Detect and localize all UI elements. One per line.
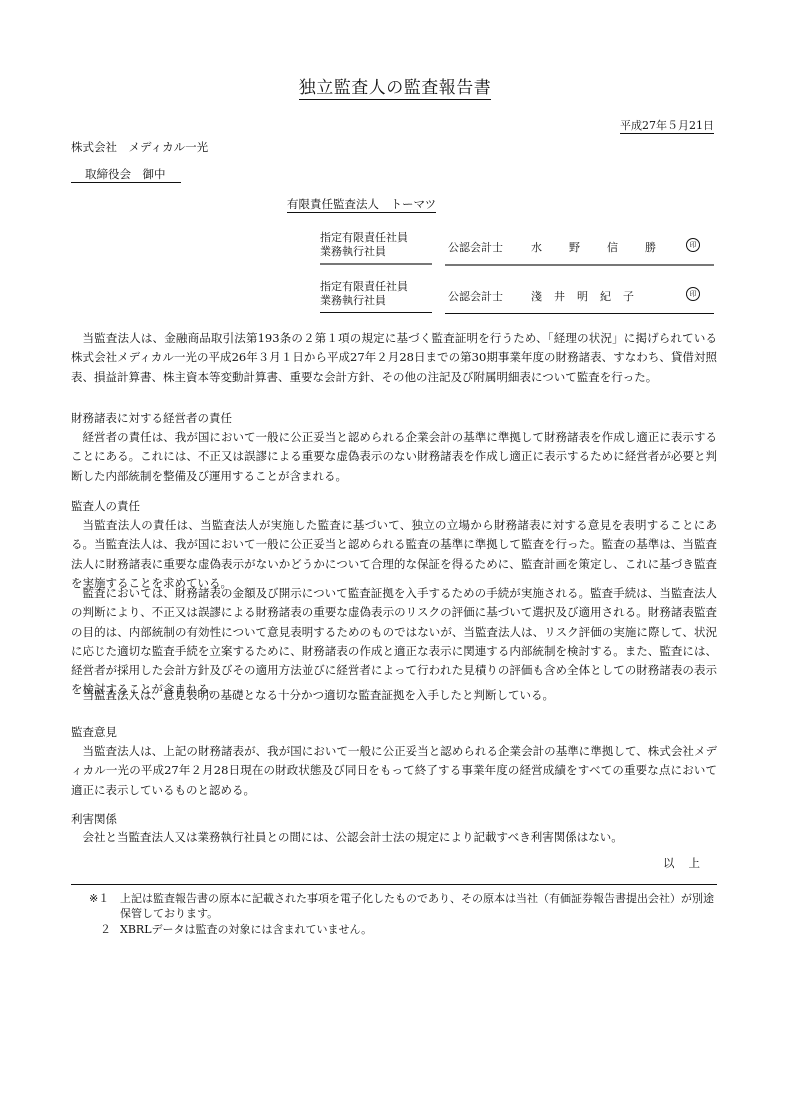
signatory-role: 指定有限責任社員 業務執行社員 [320,231,432,265]
note-text: XBRLデータは監査の対象には含まれていません。 [120,922,718,937]
section-paragraph: 当監査法人の責任は、当監査法人が実施した監査に基づいて、独立の立場から財務諸表に… [71,516,717,593]
section-heading-interests: 利害関係 [71,810,117,829]
notes-divider [71,884,717,885]
report-date: 平成27年５月21日 [620,119,714,134]
note-text: 上記は監査報告書の原本に記載された事項を電子化したものであり、その原本は当社（有… [120,891,718,921]
audit-firm: 有限責任監査法人 トーマツ [287,197,436,213]
report-title: 独立監査人の監査報告書 [0,73,790,98]
section-paragraph: 当監査法人は、意見表明の基礎となる十分かつ適切な監査証拠を入手したと判断している… [71,686,717,705]
seal-icon: 印 [686,238,700,252]
section-paragraph: 会社と当監査法人又は業務執行社員との間には、公認会計士法の規定により記載すべき利… [71,828,717,847]
cpa-title: 公認会計士 [448,288,503,304]
signatory-name: 水 野 信 勝 [531,239,683,255]
seal-icon: 印 [686,287,700,301]
signatory-role: 指定有限責任社員 業務執行社員 [320,280,432,313]
addressee: 取締役会 御中 [71,167,181,183]
note-mark: ※１ [89,891,109,906]
signatory-name: 淺 井 明 紀 子 [531,288,646,304]
note-mark: ２ [100,922,111,937]
section-heading-management-responsibility: 財務諸表に対する経営者の責任 [71,409,232,428]
section-paragraph: 監査においては、財務諸表の金額及び開示について監査証拠を入手するための手続が実施… [71,584,717,700]
company-name: 株式会社 メディカル一光 [71,139,208,155]
section-heading-auditor-responsibility: 監査人の責任 [71,497,140,516]
section-paragraph: 当監査法人は、上記の財務諸表が、我が国において一般に公正妥当と認められる企業会計… [71,742,717,800]
section-heading-audit-opinion: 監査意見 [71,723,117,742]
signatory-1: 指定有限責任社員 業務執行社員 公認会計士 水 野 信 勝 印 [320,231,714,267]
section-paragraph: 経営者の責任は、我が国において一般に公正妥当と認められる企業会計の基準に準拠して… [71,428,717,486]
intro-paragraph: 当監査法人は、金融商品取引法第193条の２第１項の規定に基づく監査証明を行うため… [71,329,717,387]
cpa-title: 公認会計士 [448,239,503,255]
signatory-name-line: 公認会計士 水 野 信 勝 印 [445,231,714,266]
signatory-2: 指定有限責任社員 業務執行社員 公認会計士 淺 井 明 紀 子 印 [320,280,714,316]
closing-mark: 以上 [663,855,714,871]
signatory-name-line: 公認会計士 淺 井 明 紀 子 印 [445,280,714,314]
